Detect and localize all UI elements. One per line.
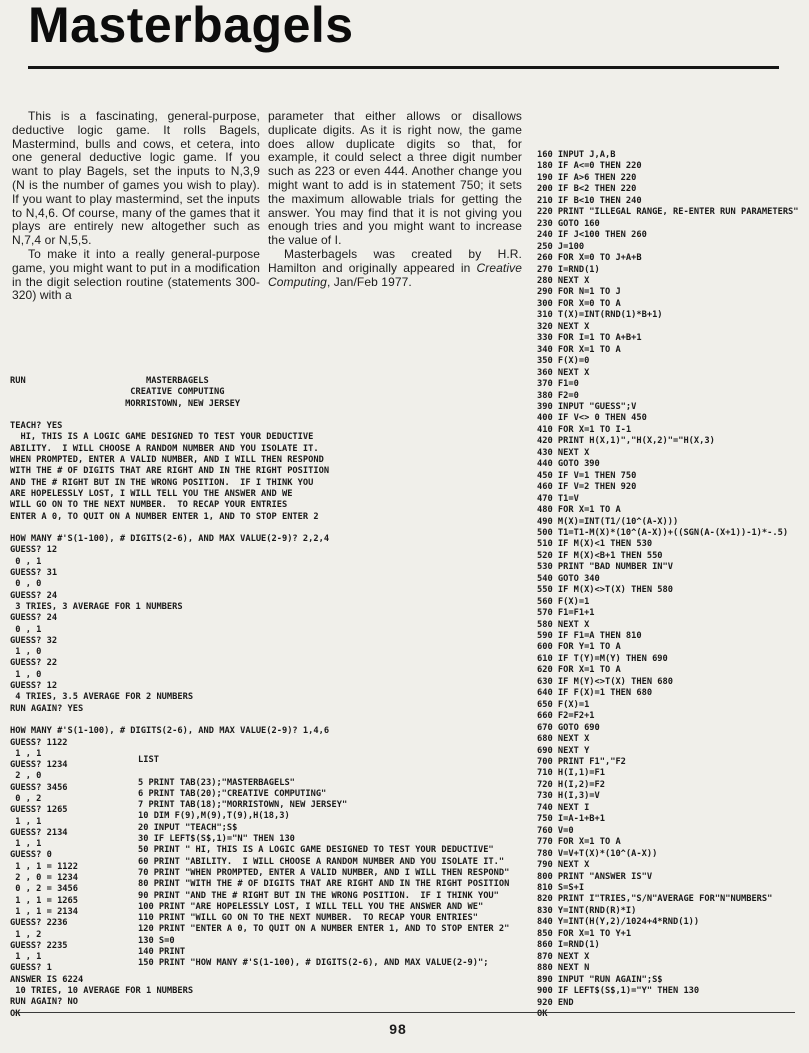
basic-listing-lines-160-920: 160 INPUT J,A,B 180 IF A<=0 THEN 220 190… xyxy=(537,150,799,1020)
intro-paragraph-1: This is a fascinating, general-purpose, … xyxy=(12,110,260,248)
title-underline-rule xyxy=(28,66,779,69)
scanned-book-page: Masterbagels This is a fascinating, gene… xyxy=(0,0,809,1053)
intro-paragraph-3: parameter that either allows or disallow… xyxy=(268,110,522,248)
credit-text-after: , Jan/Feb 1977. xyxy=(327,275,412,289)
intro-paragraph-credit: Masterbagels was created by H.R. Hamilto… xyxy=(268,248,522,289)
intro-column-left: This is a fascinating, general-purpose, … xyxy=(12,110,260,303)
page-title: Masterbagels xyxy=(28,0,354,54)
intro-paragraph-2: To make it into a really general-purpose… xyxy=(12,248,260,303)
page-number: 98 xyxy=(378,1021,418,1037)
intro-column-right: parameter that either allows or disallow… xyxy=(268,110,522,289)
footer-rule xyxy=(14,1012,795,1013)
basic-listing-lines-5-150: LIST 5 PRINT TAB(23);"MASTERBAGELS" 6 PR… xyxy=(138,755,509,970)
